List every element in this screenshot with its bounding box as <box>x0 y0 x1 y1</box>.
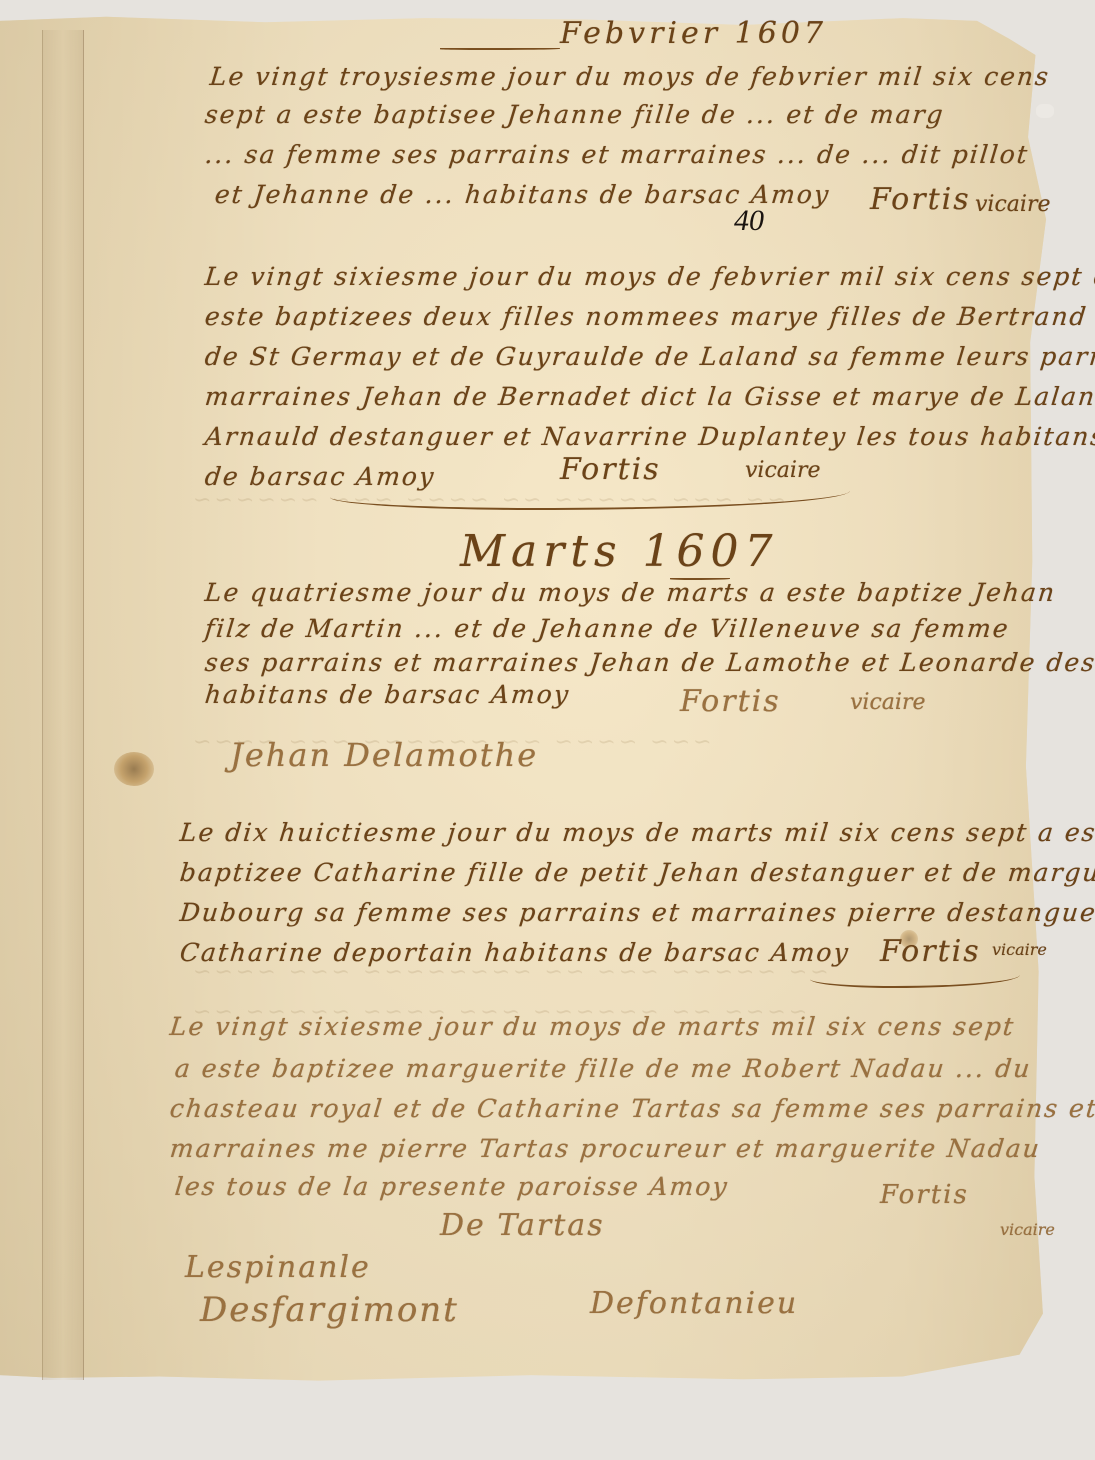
entry-line: habitans de barsac Amoy <box>203 680 571 709</box>
entry-line: a este baptizee marguerite fille de me R… <box>173 1054 1033 1083</box>
signature-fortis: Fortis <box>880 934 981 969</box>
witness-signature: Jehan Delamothe <box>230 736 538 774</box>
signature-fortis: Fortis <box>880 1180 969 1210</box>
entry-line: Le quatriesme jour du moys de marts a es… <box>203 578 1057 607</box>
entry-line: marraines me pierre Tartas procureur et … <box>168 1134 1042 1163</box>
signature-fortis: Fortis <box>870 182 971 217</box>
entry-line: ses parrains et marraines Jehan de Lamot… <box>203 648 1095 677</box>
entry-line: de St Germay et de Guyraulde de Laland s… <box>203 342 1095 371</box>
entry-line: este baptizees deux filles nommees marye… <box>203 302 1089 331</box>
folio-number: 40 <box>734 204 764 238</box>
signature-title: vicaire <box>850 690 925 715</box>
signature-fortis: Fortis <box>680 684 781 719</box>
entry-line: Dubourg sa femme ses parrains et marrain… <box>178 898 1095 927</box>
entry-line: Catharine deportain habitans de barsac A… <box>178 938 851 967</box>
footer-signature: Defontanieu <box>590 1286 798 1321</box>
signature-title: vicaire <box>975 192 1050 217</box>
document-scan: ~~ ~~~ ~~~~~ ~~ ~~~~ ~~~ ~~~~~~ ~~~ ~~~~… <box>0 0 1095 1460</box>
signature-title: vicaire <box>1000 1220 1055 1239</box>
entry-line: ... sa femme ses parrains et marraines .… <box>203 140 1030 169</box>
entry-line: Le vingt troysiesme jour du moys de febv… <box>208 62 1051 91</box>
entry-line: baptizee Catharine fille de petit Jehan … <box>178 858 1095 887</box>
month-heading-march: Marts 1607 <box>460 526 779 577</box>
entry-line: Le dix huictiesme jour du moys de marts … <box>178 818 1095 847</box>
entry-line: Arnauld destanguer et Navarrine Duplante… <box>203 422 1095 451</box>
entry-line: Le vingt sixiesme jour du moys de marts … <box>168 1012 1016 1041</box>
witness-signature: De Tartas <box>440 1208 605 1243</box>
month-heading-february: Febvrier 1607 <box>560 16 827 51</box>
torn-hole <box>1036 104 1054 118</box>
footer-signature: Desfargimont <box>200 1290 459 1330</box>
footer-signature: Lespinanle <box>185 1250 371 1285</box>
signature-title: vicaire <box>992 940 1047 959</box>
binding-fold <box>42 30 84 1380</box>
entry-line: sept a este baptisee Jehanne fille de ..… <box>203 100 946 129</box>
ink-stain <box>114 752 154 786</box>
entry-line: marraines Jehan de Bernadet dict la Giss… <box>203 382 1095 411</box>
entry-line: Le vingt sixiesme jour du moys de febvri… <box>203 262 1095 291</box>
entry-line: chasteau royal et de Catharine Tartas sa… <box>168 1094 1095 1123</box>
entry-line: filz de Martin ... et de Jehanne de Vill… <box>203 614 1011 643</box>
entry-line: les tous de la presente paroisse Amoy <box>173 1172 730 1201</box>
